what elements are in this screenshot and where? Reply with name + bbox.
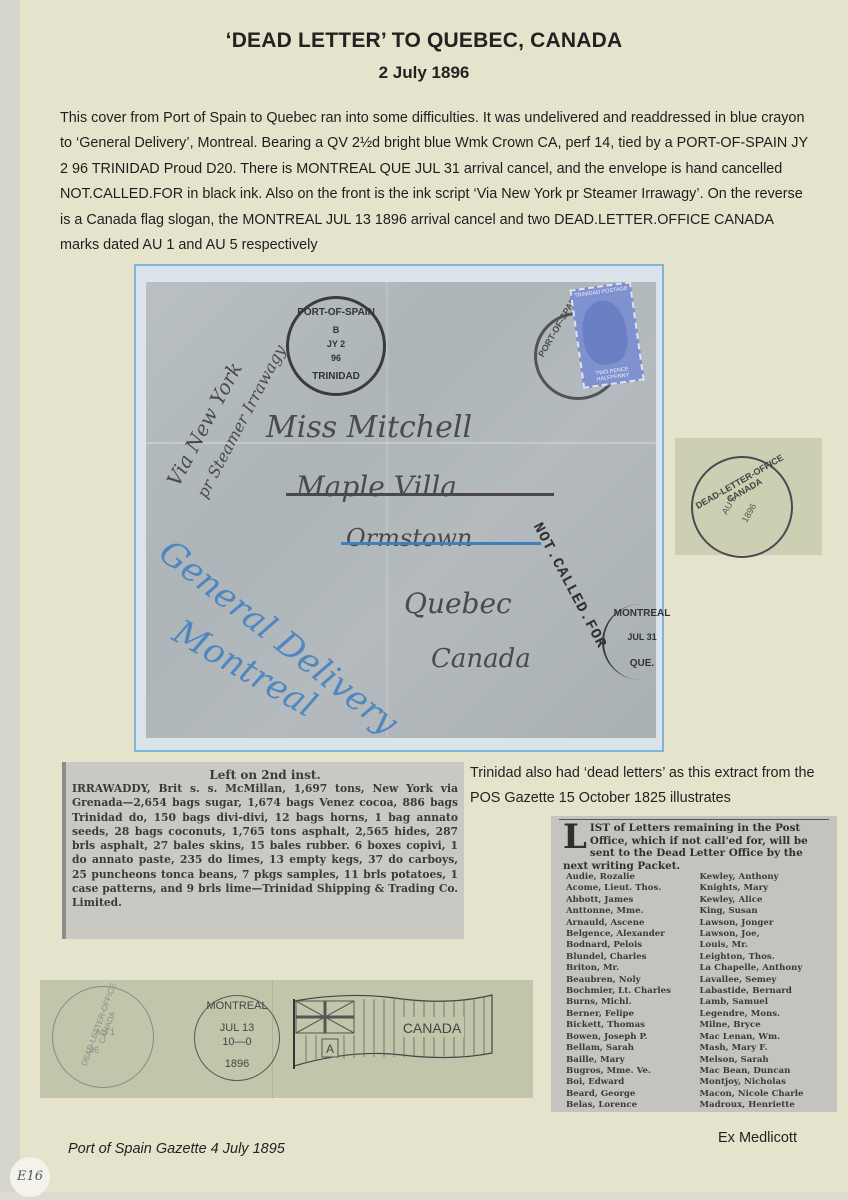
list-item: Leighton, Thos. — [700, 952, 834, 963]
list-item: Lawson, Jonger — [700, 918, 834, 929]
list-item: Kewley, Anthony — [700, 872, 834, 883]
list-item: Lavallee, Semey — [700, 975, 834, 986]
intro-paragraph: This cover from Port of Spain to Quebec … — [60, 106, 810, 258]
dead-letter-office-mark-au1: DEAD-LETTER-OFFICE CANADA AU 1 96 — [52, 986, 154, 1088]
list-item: Briton, Mr. — [566, 963, 700, 974]
list-item: Montjoy, Nicholas — [700, 1077, 834, 1088]
list-item: Belas, Lorence — [566, 1100, 700, 1111]
address-line-town: Ormstown — [346, 524, 472, 552]
clipping-caption: Port of Spain Gazette 4 July 1895 — [68, 1141, 285, 1157]
list-item: Anttonne, Mme. — [566, 906, 700, 917]
list-item: Blundel, Charles — [566, 952, 700, 963]
list-item: Madroux, Henriette — [700, 1100, 834, 1111]
page-number-tag: E16 — [10, 1157, 50, 1197]
list-item: Burns, Michl. — [566, 997, 700, 1008]
page-date: 2 July 1896 — [0, 63, 848, 83]
list-item: Labastide, Bernard — [700, 986, 834, 997]
list-item: Legendre, Mons. — [700, 1009, 834, 1020]
page-edge — [0, 0, 20, 1200]
address-line-quebec: Quebec — [404, 587, 512, 620]
list-item: Knights, Mary — [700, 883, 834, 894]
list-item: Belgence, Alexander — [566, 929, 700, 940]
list-item: Audie, Rozalie — [566, 872, 700, 883]
crayon-strikethrough — [341, 542, 541, 545]
queen-victoria-portrait — [578, 298, 630, 368]
list-item: La Chapelle, Anthony — [700, 963, 834, 974]
handstamp-not-called-for: NOT.CALLED.FOR — [529, 520, 610, 652]
names-column-b: Kewley, AnthonyKnights, MaryKewley, Alic… — [700, 872, 834, 1112]
postmark-montreal-que: MONTREAL JUL 31 QUE. — [602, 604, 680, 680]
list-item: Beard, George — [566, 1089, 700, 1100]
list-item: Lamb, Samuel — [700, 997, 834, 1008]
postmark-montreal-jul13: MONTREAL JUL 13 10—0 1896 — [194, 995, 280, 1081]
list-item: Bellam, Sarah — [566, 1043, 700, 1054]
canada-flag-slogan-cancel: A CANADA — [292, 991, 497, 1069]
page-bottom-edge — [0, 1192, 848, 1200]
envelope-crease — [386, 282, 388, 738]
list-item: King, Susan — [700, 906, 834, 917]
list-item: Mash, Mary F. — [700, 1043, 834, 1054]
list-item: Kewley, Alice — [700, 895, 834, 906]
page-title: ‘DEAD LETTER’ TO QUEBEC, CANADA — [0, 29, 848, 53]
list-item: Lawson, Joe, — [700, 929, 834, 940]
list-item: Abbott, James — [566, 895, 700, 906]
list-item: Mac Lenan, Wm. — [700, 1032, 834, 1043]
list-item: Bowen, Joseph P. — [566, 1032, 700, 1043]
list-item: Milne, Bryce — [700, 1020, 834, 1031]
list-item: Berner, Felipe — [566, 1009, 700, 1020]
provenance: Ex Medlicott — [718, 1130, 797, 1146]
list-item: Melson, Sarah — [700, 1055, 834, 1066]
list-item: Beaubren, Noly — [566, 975, 700, 986]
list-item: Macon, Nicole Charle — [700, 1089, 834, 1100]
list-item: Boi, Edward — [566, 1077, 700, 1088]
envelope-reverse-strip: DEAD-LETTER-OFFICE CANADA AU 1 96 MONTRE… — [40, 980, 533, 1098]
svg-text:A: A — [326, 1042, 334, 1056]
stamp-qv-two-pence-halfpenny: TRINIDAD POSTAGE TWO PENCE HALFPENNY — [569, 281, 644, 389]
list-item: Bochmier, Lt. Charles — [566, 986, 700, 997]
gazette-heading: IST of Letters remaining in the Post Off… — [563, 822, 808, 872]
cover-envelope: PORT-OF-SPAIN TRINIDAD POSTAGE TWO PENCE… — [146, 282, 656, 738]
dropcap: L — [563, 822, 587, 852]
gazette-note: Trinidad also had ‘dead letters’ as this… — [470, 761, 840, 811]
address-line-villa: Maple Villa — [296, 470, 457, 503]
strikethrough-line — [286, 493, 554, 496]
address-line-name: Miss Mitchell — [266, 410, 472, 445]
list-item: Bodnard, Pelois — [566, 940, 700, 951]
list-item: Bugros, Mme. Ve. — [566, 1066, 700, 1077]
list-item: Baille, Mary — [566, 1055, 700, 1066]
address-line-canada: Canada — [431, 644, 531, 674]
list-item: Louis, Mr. — [700, 940, 834, 951]
dead-letter-office-mark: DEAD-LETTER-OFFICE CANADA AU 5 1896 — [675, 438, 822, 555]
list-item: Mac Bean, Duncan — [700, 1066, 834, 1077]
names-column-a: Audie, RozalieAcome, Lieut. Thos.Abbott,… — [566, 872, 700, 1112]
svg-text:CANADA: CANADA — [403, 1020, 462, 1036]
list-item: Acome, Lieut. Thos. — [566, 883, 700, 894]
gazette-dead-letter-list: L IST of Letters remaining in the Post O… — [551, 816, 837, 1112]
newspaper-clipping-irrawaddy: Left on 2nd inst. IRRAWADDY, Brit s. s. … — [62, 762, 464, 939]
list-item: Bickett, Thomas — [566, 1020, 700, 1031]
postmark-port-of-spain: PORT-OF-SPAIN B JY 2 96 TRINIDAD — [286, 296, 386, 396]
list-item: Arnauld, Ascene — [566, 918, 700, 929]
